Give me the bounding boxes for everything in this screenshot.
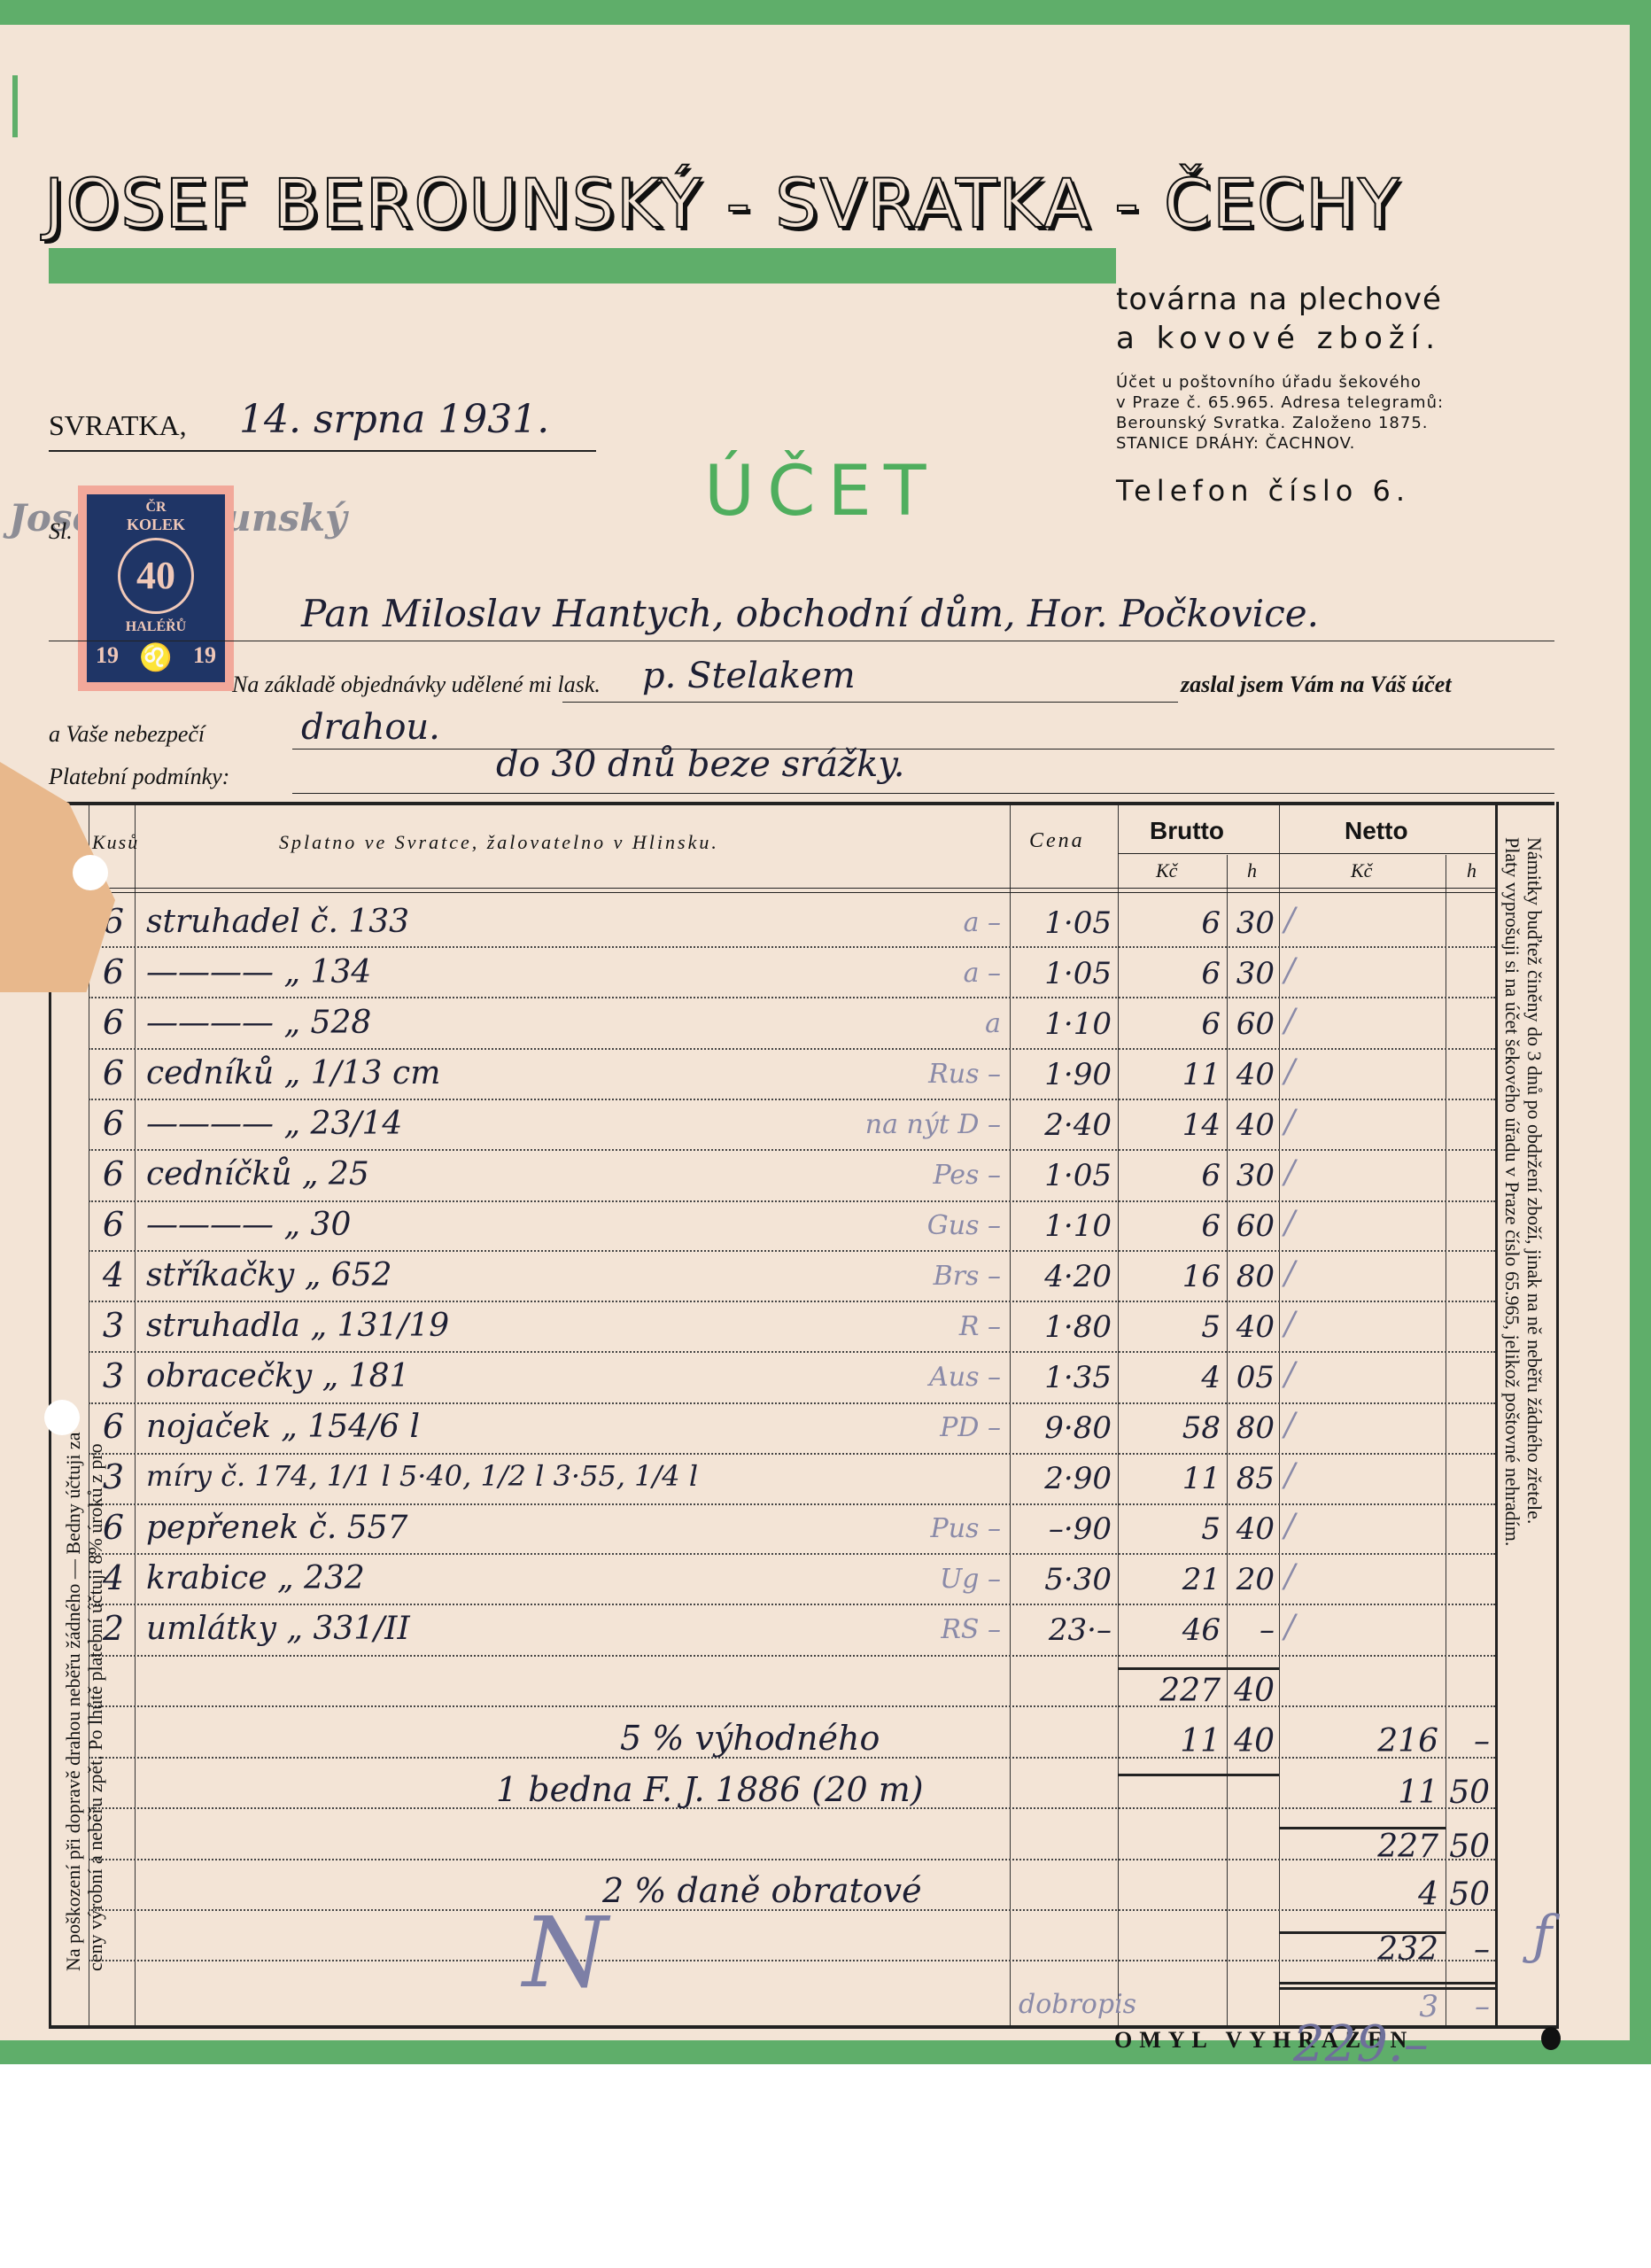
row-description: stříkačky „ 652 bbox=[146, 1257, 392, 1293]
risk-label: a Vaše nebezpečí bbox=[49, 721, 205, 748]
row-description: ———— „ 134 bbox=[146, 954, 371, 990]
initials-mark: ƒ bbox=[1532, 1905, 1552, 1967]
row-gross-h: 30 bbox=[1227, 905, 1275, 941]
row-gross-h: 80 bbox=[1227, 1259, 1275, 1294]
recipient-label: Sl. bbox=[49, 518, 73, 545]
subtotal-gross-h: 40 bbox=[1227, 1673, 1275, 1709]
row-price: 2·90 bbox=[1010, 1461, 1112, 1496]
table-row[interactable]: 6 cedníků „ 1/13 cm Rus – 1·90 11 40 / bbox=[0, 1048, 1651, 1099]
info-line: STANICE DRÁHY: ČACHNOV. bbox=[1116, 433, 1444, 454]
header-description: Splatno ve Svratce, žalovatelno v Hlinsk… bbox=[279, 831, 719, 854]
risk-line bbox=[292, 749, 1554, 750]
company-info: Účet u poštovního úřadu šekového v Praze… bbox=[1116, 372, 1444, 454]
row-gross-h: 60 bbox=[1227, 1208, 1275, 1244]
row-gross-kc: 4 bbox=[1118, 1360, 1221, 1395]
row-gross-kc: 21 bbox=[1118, 1562, 1221, 1597]
date-place: SVRATKA, bbox=[49, 409, 187, 442]
check-mark-icon: / bbox=[1284, 902, 1295, 938]
date-underline bbox=[49, 450, 596, 452]
crate-net-kc: 11 bbox=[1279, 1775, 1438, 1811]
check-mark-icon: / bbox=[1284, 1457, 1295, 1494]
discount-label: 5 % výhodného bbox=[620, 1719, 880, 1758]
signature-mark: N bbox=[523, 1896, 608, 2009]
table-row[interactable]: 6 cedníčků „ 25 Pes – 1·05 6 30 / bbox=[0, 1149, 1651, 1200]
table-row[interactable]: 6 nojaček „ 154/6 l PD – 9·80 58 80 / bbox=[0, 1402, 1651, 1452]
top-green-border bbox=[0, 0, 1651, 25]
order-suffix: zaslal jsem Vám na Váš účet bbox=[1181, 672, 1452, 698]
row-qty: 6 bbox=[89, 1104, 124, 1143]
row-code: Pes – bbox=[824, 1160, 1001, 1191]
row-gross-kc: 14 bbox=[1118, 1107, 1221, 1143]
check-mark-icon: / bbox=[1284, 1508, 1295, 1544]
row-code: Aus – bbox=[824, 1362, 1001, 1393]
row-qty: 6 bbox=[89, 1003, 124, 1042]
row-gross-h: 30 bbox=[1227, 1158, 1275, 1193]
row-description: cedníčků „ 25 bbox=[146, 1156, 369, 1192]
check-mark-icon: / bbox=[1284, 1003, 1295, 1039]
row-line bbox=[89, 1705, 1495, 1707]
row-qty: 4 bbox=[89, 1255, 124, 1294]
row-price: 1·05 bbox=[1010, 956, 1112, 991]
margin-right-line-1: Námitky buďtež činěny do 3 dnů po obdrže… bbox=[1523, 837, 1546, 1524]
row-price: 2·40 bbox=[1010, 1107, 1112, 1143]
row-code: Rus – bbox=[824, 1059, 1001, 1090]
check-mark-icon: / bbox=[1284, 1154, 1295, 1191]
order-label: Na základě objednávky udělené mi lask. bbox=[232, 672, 601, 698]
header-price: Cena bbox=[1029, 829, 1085, 853]
row-description: ———— „ 528 bbox=[146, 1005, 371, 1041]
table-row[interactable]: 3 míry č. 174, 1/1 l 5·40, 1/2 l 3·55, 1… bbox=[0, 1452, 1651, 1503]
punch-hole bbox=[44, 1400, 80, 1435]
check-mark-icon: / bbox=[1284, 1255, 1295, 1292]
header-subdivider bbox=[1118, 853, 1495, 854]
row-gross-kc: 5 bbox=[1118, 1309, 1221, 1345]
pencil-total: 229.– bbox=[1293, 2016, 1429, 2073]
header-net: Netto bbox=[1345, 817, 1408, 845]
table-row[interactable]: 6 ———— „ 528 a 1·10 6 60 / bbox=[0, 998, 1651, 1048]
table-row[interactable]: 4 krabice „ 232 Ug – 5·30 21 20 / bbox=[0, 1553, 1651, 1604]
row-qty: 6 bbox=[89, 1053, 124, 1092]
recipient-line bbox=[49, 641, 1554, 641]
check-mark-icon: / bbox=[1284, 1053, 1295, 1090]
discount-net-kc: 216 bbox=[1279, 1723, 1438, 1759]
crate-label: 1 bedna F. J. 1886 (20 m) bbox=[496, 1770, 924, 1809]
row-code: a bbox=[824, 1008, 1001, 1039]
header-net-kc: Kč bbox=[1351, 859, 1372, 882]
header-qty: Kusů bbox=[92, 831, 139, 854]
header-bottom-line bbox=[89, 892, 1495, 893]
tax-net-h: 50 bbox=[1446, 1876, 1490, 1913]
row-price: 1·05 bbox=[1010, 905, 1112, 941]
table-row[interactable]: 2 umlátky „ 331/II RS – 23·– 46 – / bbox=[0, 1604, 1651, 1654]
row-gross-h: 40 bbox=[1227, 1107, 1275, 1143]
row-description: umlátky „ 331/II bbox=[146, 1611, 410, 1647]
row-code: PD – bbox=[824, 1412, 1001, 1443]
row-gross-h: 20 bbox=[1227, 1562, 1275, 1597]
check-mark-icon: / bbox=[1284, 1407, 1295, 1443]
margin-left-line-1: Na poškození při dopravě drahou neběřu ž… bbox=[62, 1433, 85, 1971]
row-gross-h: 40 bbox=[1227, 1057, 1275, 1092]
risk-value[interactable]: drahou. bbox=[301, 707, 440, 748]
row-code: Brs – bbox=[824, 1261, 1001, 1292]
table-row[interactable]: 6 ———— „ 134 a – 1·05 6 30 / bbox=[0, 947, 1651, 998]
total-1-net-kc: 227 bbox=[1279, 1829, 1438, 1865]
table-top-border bbox=[49, 802, 1554, 805]
tax-net-kc: 4 bbox=[1279, 1876, 1438, 1913]
table-row[interactable]: 6 ———— „ 30 Gus – 1·10 6 60 / bbox=[0, 1200, 1651, 1250]
table-row[interactable]: 3 struhadla „ 131/19 R – 1·80 5 40 / bbox=[0, 1301, 1651, 1351]
row-gross-kc: 11 bbox=[1118, 1461, 1221, 1496]
row-qty: 6 bbox=[89, 1407, 124, 1446]
row-price: 9·80 bbox=[1010, 1410, 1112, 1446]
stamp-unit: HALÉŘŮ bbox=[87, 619, 225, 635]
phone: Telefon číslo 6. bbox=[1116, 474, 1410, 508]
row-qty: 6 bbox=[89, 1154, 124, 1193]
row-description: ———— „ 30 bbox=[146, 1207, 351, 1243]
total-2-net-h: – bbox=[1446, 1931, 1490, 1968]
row-gross-kc: 5 bbox=[1118, 1511, 1221, 1547]
header-gross-h: h bbox=[1247, 859, 1257, 882]
row-code: R – bbox=[824, 1311, 1001, 1342]
total-1-net-h: 50 bbox=[1446, 1829, 1490, 1865]
payment-label: Platební podmínky: bbox=[49, 764, 229, 790]
check-mark-icon: / bbox=[1284, 1306, 1295, 1342]
company-name: JOSEF BEROUNSKÝ - SVRATKA - ČECHY bbox=[44, 164, 1401, 243]
tax-label: 2 % daně obratové bbox=[602, 1871, 922, 1910]
row-gross-h: 40 bbox=[1227, 1309, 1275, 1345]
payment-line bbox=[292, 793, 1554, 794]
crate-net-h: 50 bbox=[1446, 1775, 1490, 1811]
table-row[interactable]: 6 pepřenek č. 557 Pus – –·90 5 40 / bbox=[0, 1503, 1651, 1553]
row-description: ———— „ 23/14 bbox=[146, 1106, 402, 1142]
row-price: 4·20 bbox=[1010, 1259, 1112, 1294]
discount-net-h: – bbox=[1446, 1723, 1490, 1759]
margin-right-line-2: Platy vyprošuji si na účet šekového úřad… bbox=[1500, 837, 1523, 1546]
stamp-year-left: 19 bbox=[96, 642, 119, 673]
margin-left-line-2: ceny výrobní a neběřu zpět. Po lhůtě pla… bbox=[84, 1443, 107, 1971]
header-net-h: h bbox=[1467, 859, 1477, 882]
row-description: struhadla „ 131/19 bbox=[146, 1308, 449, 1344]
stamp-label: KOLEK bbox=[87, 516, 225, 534]
row-description: krabice „ 232 bbox=[146, 1560, 365, 1596]
row-gross-kc: 16 bbox=[1118, 1259, 1221, 1294]
row-gross-kc: 6 bbox=[1118, 1006, 1221, 1042]
row-gross-h: 40 bbox=[1227, 1511, 1275, 1547]
recipient-value[interactable]: Pan Miloslav Hantych, obchodní dům, Hor.… bbox=[301, 592, 1319, 635]
punch-hole bbox=[73, 855, 108, 890]
row-qty: 3 bbox=[89, 1306, 124, 1345]
stamp-fee-label: dobropis bbox=[1019, 1989, 1136, 2020]
row-price: 23·– bbox=[1010, 1612, 1112, 1648]
header-green-bar bbox=[49, 248, 1116, 283]
discount-gross-h: 40 bbox=[1227, 1723, 1275, 1759]
bullet-icon bbox=[1541, 2027, 1561, 2050]
row-gross-h: – bbox=[1227, 1612, 1275, 1648]
row-gross-kc: 6 bbox=[1118, 1158, 1221, 1193]
row-description: cedníků „ 1/13 cm bbox=[146, 1055, 440, 1091]
info-line: Berounský Svratka. Založeno 1875. bbox=[1116, 413, 1444, 433]
subtotal-gross-kc: 227 bbox=[1118, 1673, 1221, 1709]
table-row[interactable]: 6 ———— „ 23/14 na nýt D – 2·40 14 40 / bbox=[0, 1099, 1651, 1149]
row-price: 1·10 bbox=[1010, 1006, 1112, 1042]
info-line: v Praze č. 65.965. Adresa telegramů: bbox=[1116, 392, 1444, 413]
row-gross-kc: 6 bbox=[1118, 956, 1221, 991]
info-line: Účet u poštovního úřadu šekového bbox=[1116, 372, 1444, 392]
row-code: Gus – bbox=[824, 1210, 1001, 1241]
row-code: RS – bbox=[824, 1614, 1001, 1645]
subtotal-rule bbox=[1118, 1774, 1279, 1776]
stamp-year-right: 19 bbox=[193, 642, 216, 673]
row-gross-kc: 46 bbox=[1118, 1612, 1221, 1648]
header-gross: Brutto bbox=[1150, 817, 1224, 845]
stamp-value: 40 bbox=[118, 538, 194, 614]
row-description: míry č. 174, 1/1 l 5·40, 1/2 l 3·55, 1/4… bbox=[146, 1459, 698, 1493]
check-mark-icon: / bbox=[1284, 1104, 1295, 1140]
stamp-fee-net-h: – bbox=[1446, 1989, 1490, 2024]
lion-emblem-icon: ♌ bbox=[139, 642, 172, 673]
row-description: struhadel č. 133 bbox=[146, 904, 409, 940]
row-code: a – bbox=[824, 958, 1001, 989]
row-gross-kc: 6 bbox=[1118, 1208, 1221, 1244]
check-mark-icon: / bbox=[1284, 1356, 1295, 1393]
discount-gross-kc: 11 bbox=[1118, 1723, 1221, 1759]
row-gross-kc: 11 bbox=[1118, 1057, 1221, 1092]
revenue-stamp: ČR KOLEK 40 HALÉŘŮ 19 ♌ 19 bbox=[78, 485, 234, 691]
row-line bbox=[89, 1655, 1495, 1657]
order-line bbox=[562, 702, 1178, 703]
date-value: 14. srpna 1931. bbox=[239, 397, 549, 442]
document-title: ÚČET bbox=[704, 452, 938, 532]
invoice-paper: JOSEF BEROUNSKÝ - SVRATKA - ČECHY továrn… bbox=[0, 0, 1651, 2064]
check-mark-icon: / bbox=[1284, 1609, 1295, 1645]
row-qty: 6 bbox=[89, 1205, 124, 1244]
row-gross-h: 05 bbox=[1227, 1360, 1275, 1395]
table-row[interactable]: 4 stříkačky „ 652 Brs – 4·20 16 80 / bbox=[0, 1250, 1651, 1301]
check-mark-icon: / bbox=[1284, 1558, 1295, 1595]
row-gross-h: 80 bbox=[1227, 1410, 1275, 1446]
row-price: 1·35 bbox=[1010, 1360, 1112, 1395]
header-bottom-line bbox=[89, 888, 1495, 889]
table-row[interactable]: 6 struhadel č. 133 a – 1·05 6 30 / bbox=[0, 897, 1651, 947]
tagline-1: továrna na plechové bbox=[1116, 282, 1442, 317]
row-gross-h: 60 bbox=[1227, 1006, 1275, 1042]
row-description: nojaček „ 154/6 l bbox=[146, 1409, 420, 1445]
row-price: 1·90 bbox=[1010, 1057, 1112, 1092]
row-description: pepřenek č. 557 bbox=[146, 1510, 407, 1546]
row-gross-kc: 58 bbox=[1118, 1410, 1221, 1446]
row-price: –·90 bbox=[1010, 1511, 1112, 1547]
check-mark-icon: / bbox=[1284, 1205, 1295, 1241]
total-2-net-kc: 232 bbox=[1279, 1931, 1438, 1968]
row-gross-h: 30 bbox=[1227, 956, 1275, 991]
row-qty: 3 bbox=[89, 1356, 124, 1395]
header-gross-kc: Kč bbox=[1156, 859, 1177, 882]
row-price: 1·80 bbox=[1010, 1309, 1112, 1345]
row-code: a – bbox=[824, 907, 1001, 938]
tagline-2: a kovové zboží. bbox=[1116, 321, 1441, 356]
row-code: na nýt D – bbox=[824, 1109, 1001, 1140]
order-value[interactable]: p. Stelakem bbox=[642, 656, 856, 696]
initial-green-accent bbox=[12, 75, 18, 137]
row-price: 1·05 bbox=[1010, 1158, 1112, 1193]
row-price: 5·30 bbox=[1010, 1562, 1112, 1597]
total-double-rule bbox=[1279, 1982, 1495, 1984]
row-price: 1·10 bbox=[1010, 1208, 1112, 1244]
subtotal-rule bbox=[1118, 1667, 1279, 1670]
row-gross-kc: 6 bbox=[1118, 905, 1221, 941]
row-code: Pus – bbox=[824, 1513, 1001, 1544]
table-row[interactable]: 3 obracečky „ 181 Aus – 1·35 4 05 / bbox=[0, 1351, 1651, 1402]
check-mark-icon: / bbox=[1284, 952, 1295, 989]
stamp-top: ČR bbox=[87, 500, 225, 516]
row-gross-h: 85 bbox=[1227, 1461, 1275, 1496]
payment-value[interactable]: do 30 dnů beze srážky. bbox=[496, 744, 904, 785]
row-code: Ug – bbox=[824, 1564, 1001, 1595]
row-description: obracečky „ 181 bbox=[146, 1358, 409, 1394]
